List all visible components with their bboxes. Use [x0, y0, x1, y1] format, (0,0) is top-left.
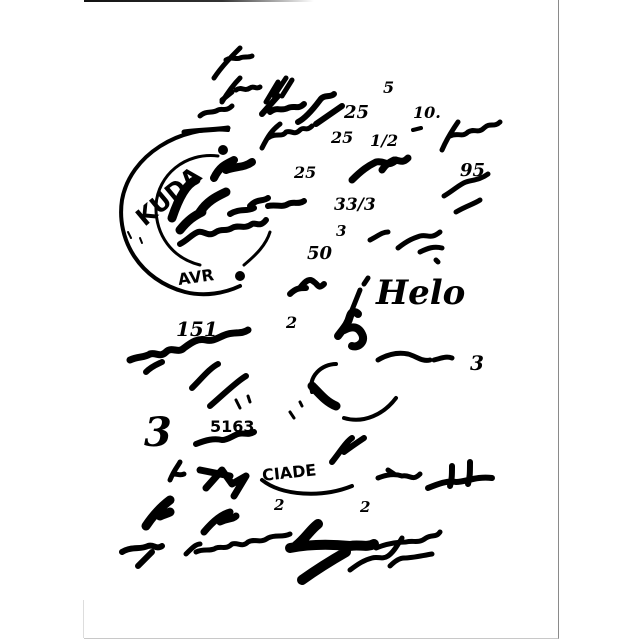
script-fragment: 50 — [307, 243, 333, 264]
script-fragment: 25 — [330, 128, 353, 147]
script-fragment: 1/2 — [370, 131, 398, 150]
script-line-1 — [214, 48, 252, 78]
handwriting-artwork: KUDA AVR 5 25 10. 25 1/2 25 95 — [0, 0, 640, 640]
script-fragment: 25 — [293, 163, 316, 182]
script-fragment: 3 — [144, 409, 172, 456]
script-fragment: 2 — [285, 313, 297, 332]
script-line-4: 25 1/2 — [184, 122, 500, 150]
script-fragment: 3 — [470, 351, 484, 375]
script-line-3: 25 10. — [200, 92, 441, 124]
script-line-5: 25 95 — [214, 158, 485, 182]
script-line-6: 33/3 — [172, 174, 488, 230]
script-line-14: 2 2 — [146, 496, 370, 532]
script-line-9: Helo — [290, 273, 465, 313]
script-line-11: 3 — [130, 330, 484, 406]
postmark-bottom-text: CIADE — [261, 460, 317, 485]
script-fragment: 25 — [343, 102, 369, 123]
script-fragment: 33/3 — [334, 195, 376, 215]
postmark-top-bottom-text: AVR — [177, 265, 215, 289]
script-fragment: 3 — [336, 222, 346, 240]
script-line-2: 5 — [222, 78, 394, 102]
script-line-8: 50 — [307, 243, 442, 264]
script-fragment: 2 — [273, 496, 284, 514]
script-fragment: Helo — [375, 273, 465, 313]
script-fragment: 2 — [359, 498, 370, 516]
script-fragment: 10. — [413, 103, 441, 122]
script-fragment: 5 — [383, 78, 394, 97]
script-line-15 — [122, 524, 440, 580]
